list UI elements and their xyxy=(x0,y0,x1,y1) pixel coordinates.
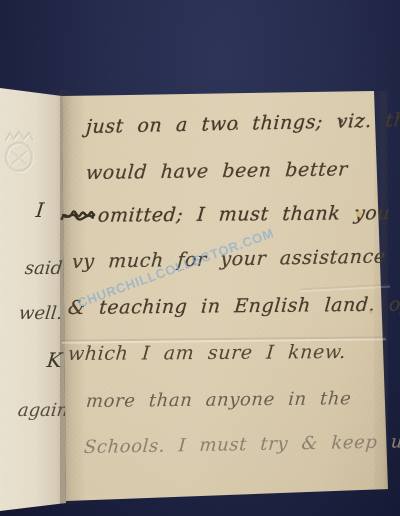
handwritten-line: omitted; I must thank you xyxy=(59,202,391,227)
letter-photo: I said well. K again just on a two thing… xyxy=(0,0,400,516)
handwritten-line: more than anyone in the xyxy=(85,388,352,412)
left-page: I said well. K again xyxy=(0,0,70,516)
handwritten-line-text: omitted; I must thank you xyxy=(97,202,391,227)
handwritten-line: which I am sure I knew. xyxy=(67,341,347,365)
left-page-fragment: again xyxy=(17,400,70,421)
embossed-crest-icon xyxy=(2,124,42,182)
left-page-fragment: well. xyxy=(18,303,64,324)
left-page-fragment: I xyxy=(35,198,45,222)
handwritten-line: & teaching in English land. of xyxy=(67,293,400,319)
scribbled-out-word xyxy=(59,206,97,226)
handwritten-line: would have been better xyxy=(85,158,349,184)
left-page-fragment: said xyxy=(24,258,63,279)
left-page-fragment: K xyxy=(46,348,63,372)
